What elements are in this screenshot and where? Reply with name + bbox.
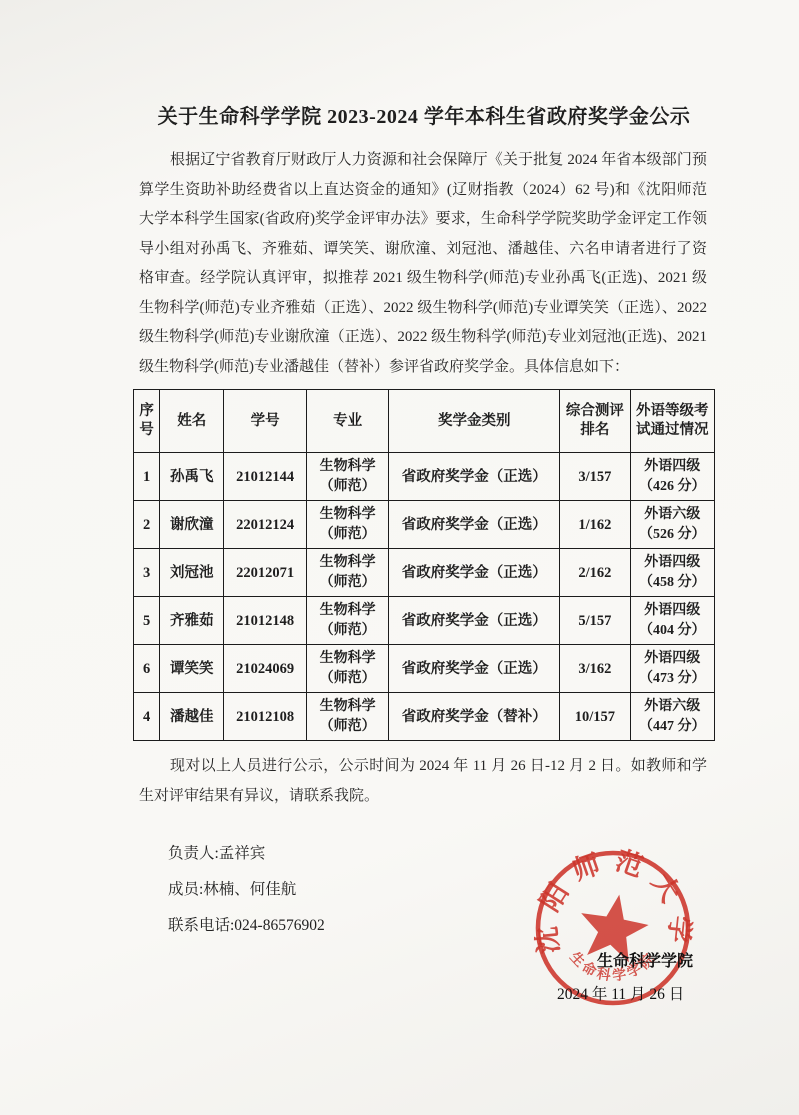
table-row: 1 孙禹飞 21012144 生物科学（师范） 省政府奖学金（正选） 3/157… (134, 453, 715, 501)
signature-date: 2024 年 11 月 26 日 (557, 982, 684, 1004)
cell-award-type: 省政府奖学金（正选） (389, 501, 560, 549)
document-page: 关于生命科学学院 2023-2024 学年本科生省政府奖学金公示 根据辽宁省教育… (0, 0, 799, 1115)
closing-paragraph: 现对以上人员进行公示，公示时间为 2024 年 11 月 26 日-12 月 2… (139, 752, 707, 811)
scholarship-table: 序号 姓名 学号 专业 奖学金类别 综合测评排名 外语等级考试通过情况 1 孙禹… (133, 389, 715, 741)
cell-rank: 1/162 (560, 501, 630, 549)
cell-name: 潘越佳 (160, 693, 224, 741)
header-student-id: 学号 (224, 390, 306, 453)
cell-student-id: 22012071 (224, 549, 306, 597)
cell-index: 3 (134, 549, 160, 597)
cell-name: 齐雅茹 (160, 597, 224, 645)
table-row: 2 谢欣潼 22012124 生物科学（师范） 省政府奖学金（正选） 1/162… (134, 501, 715, 549)
cell-award-type: 省政府奖学金（正选） (389, 597, 560, 645)
body-paragraph: 根据辽宁省教育厅财政厅人力资源和社会保障厅《关于批复 2024 年省本级部门预算… (139, 146, 707, 382)
table-row: 5 齐雅茹 21012148 生物科学（师范） 省政府奖学金（正选） 5/157… (134, 597, 715, 645)
header-language-level: 外语等级考试通过情况 (630, 390, 714, 453)
header-major: 专业 (306, 390, 388, 453)
cell-rank: 3/162 (560, 645, 630, 693)
table-row: 6 谭笑笑 21024069 生物科学（师范） 省政府奖学金（正选） 3/162… (134, 645, 715, 693)
cell-student-id: 21024069 (224, 645, 306, 693)
header-rank: 综合测评排名 (560, 390, 630, 453)
cell-index: 5 (134, 597, 160, 645)
cell-name: 谭笑笑 (160, 645, 224, 693)
cell-student-id: 21012144 (224, 453, 306, 501)
cell-student-id: 21012148 (224, 597, 306, 645)
header-award-type: 奖学金类别 (389, 390, 560, 453)
cell-award-type: 省政府奖学金（正选） (389, 645, 560, 693)
cell-rank: 5/157 (560, 597, 630, 645)
page-title: 关于生命科学学院 2023-2024 学年本科生省政府奖学金公示 (133, 100, 715, 129)
cell-language-level: 外语四级（458 分） (630, 549, 714, 597)
cell-student-id: 22012124 (224, 501, 306, 549)
cell-rank: 2/162 (560, 549, 630, 597)
cell-name: 孙禹飞 (160, 453, 224, 501)
cell-language-level: 外语四级（473 分） (630, 645, 714, 693)
cell-index: 2 (134, 501, 160, 549)
table-row: 4 潘越佳 21012108 生物科学（师范） 省政府奖学金（替补） 10/15… (134, 693, 715, 741)
cell-award-type: 省政府奖学金（替补） (389, 693, 560, 741)
cell-major: 生物科学（师范） (306, 453, 388, 501)
header-name: 姓名 (160, 390, 224, 453)
cell-index: 1 (134, 453, 160, 501)
cell-major: 生物科学（师范） (306, 645, 388, 693)
table-header-row: 序号 姓名 学号 专业 奖学金类别 综合测评排名 外语等级考试通过情况 (134, 390, 715, 453)
document-content: 关于生命科学学院 2023-2024 学年本科生省政府奖学金公示 根据辽宁省教育… (133, 0, 715, 944)
cell-language-level: 外语六级（526 分） (630, 501, 714, 549)
cell-major: 生物科学（师范） (306, 693, 388, 741)
cell-name: 谢欣潼 (160, 501, 224, 549)
cell-rank: 3/157 (560, 453, 630, 501)
cell-index: 6 (134, 645, 160, 693)
cell-major: 生物科学（师范） (306, 501, 388, 549)
cell-index: 4 (134, 693, 160, 741)
cell-student-id: 21012108 (224, 693, 306, 741)
signature-org: 生命科学学院 (597, 948, 693, 971)
cell-major: 生物科学（师范） (306, 597, 388, 645)
cell-award-type: 省政府奖学金（正选） (389, 453, 560, 501)
header-index: 序号 (134, 390, 160, 453)
cell-major: 生物科学（师范） (306, 549, 388, 597)
cell-language-level: 外语四级（426 分） (630, 453, 714, 501)
cell-name: 刘冠池 (160, 549, 224, 597)
cell-language-level: 外语六级（447 分） (630, 693, 714, 741)
table-row: 3 刘冠池 22012071 生物科学（师范） 省政府奖学金（正选） 2/162… (134, 549, 715, 597)
cell-award-type: 省政府奖学金（正选） (389, 549, 560, 597)
cell-rank: 10/157 (560, 693, 630, 741)
cell-language-level: 外语四级（404 分） (630, 597, 714, 645)
